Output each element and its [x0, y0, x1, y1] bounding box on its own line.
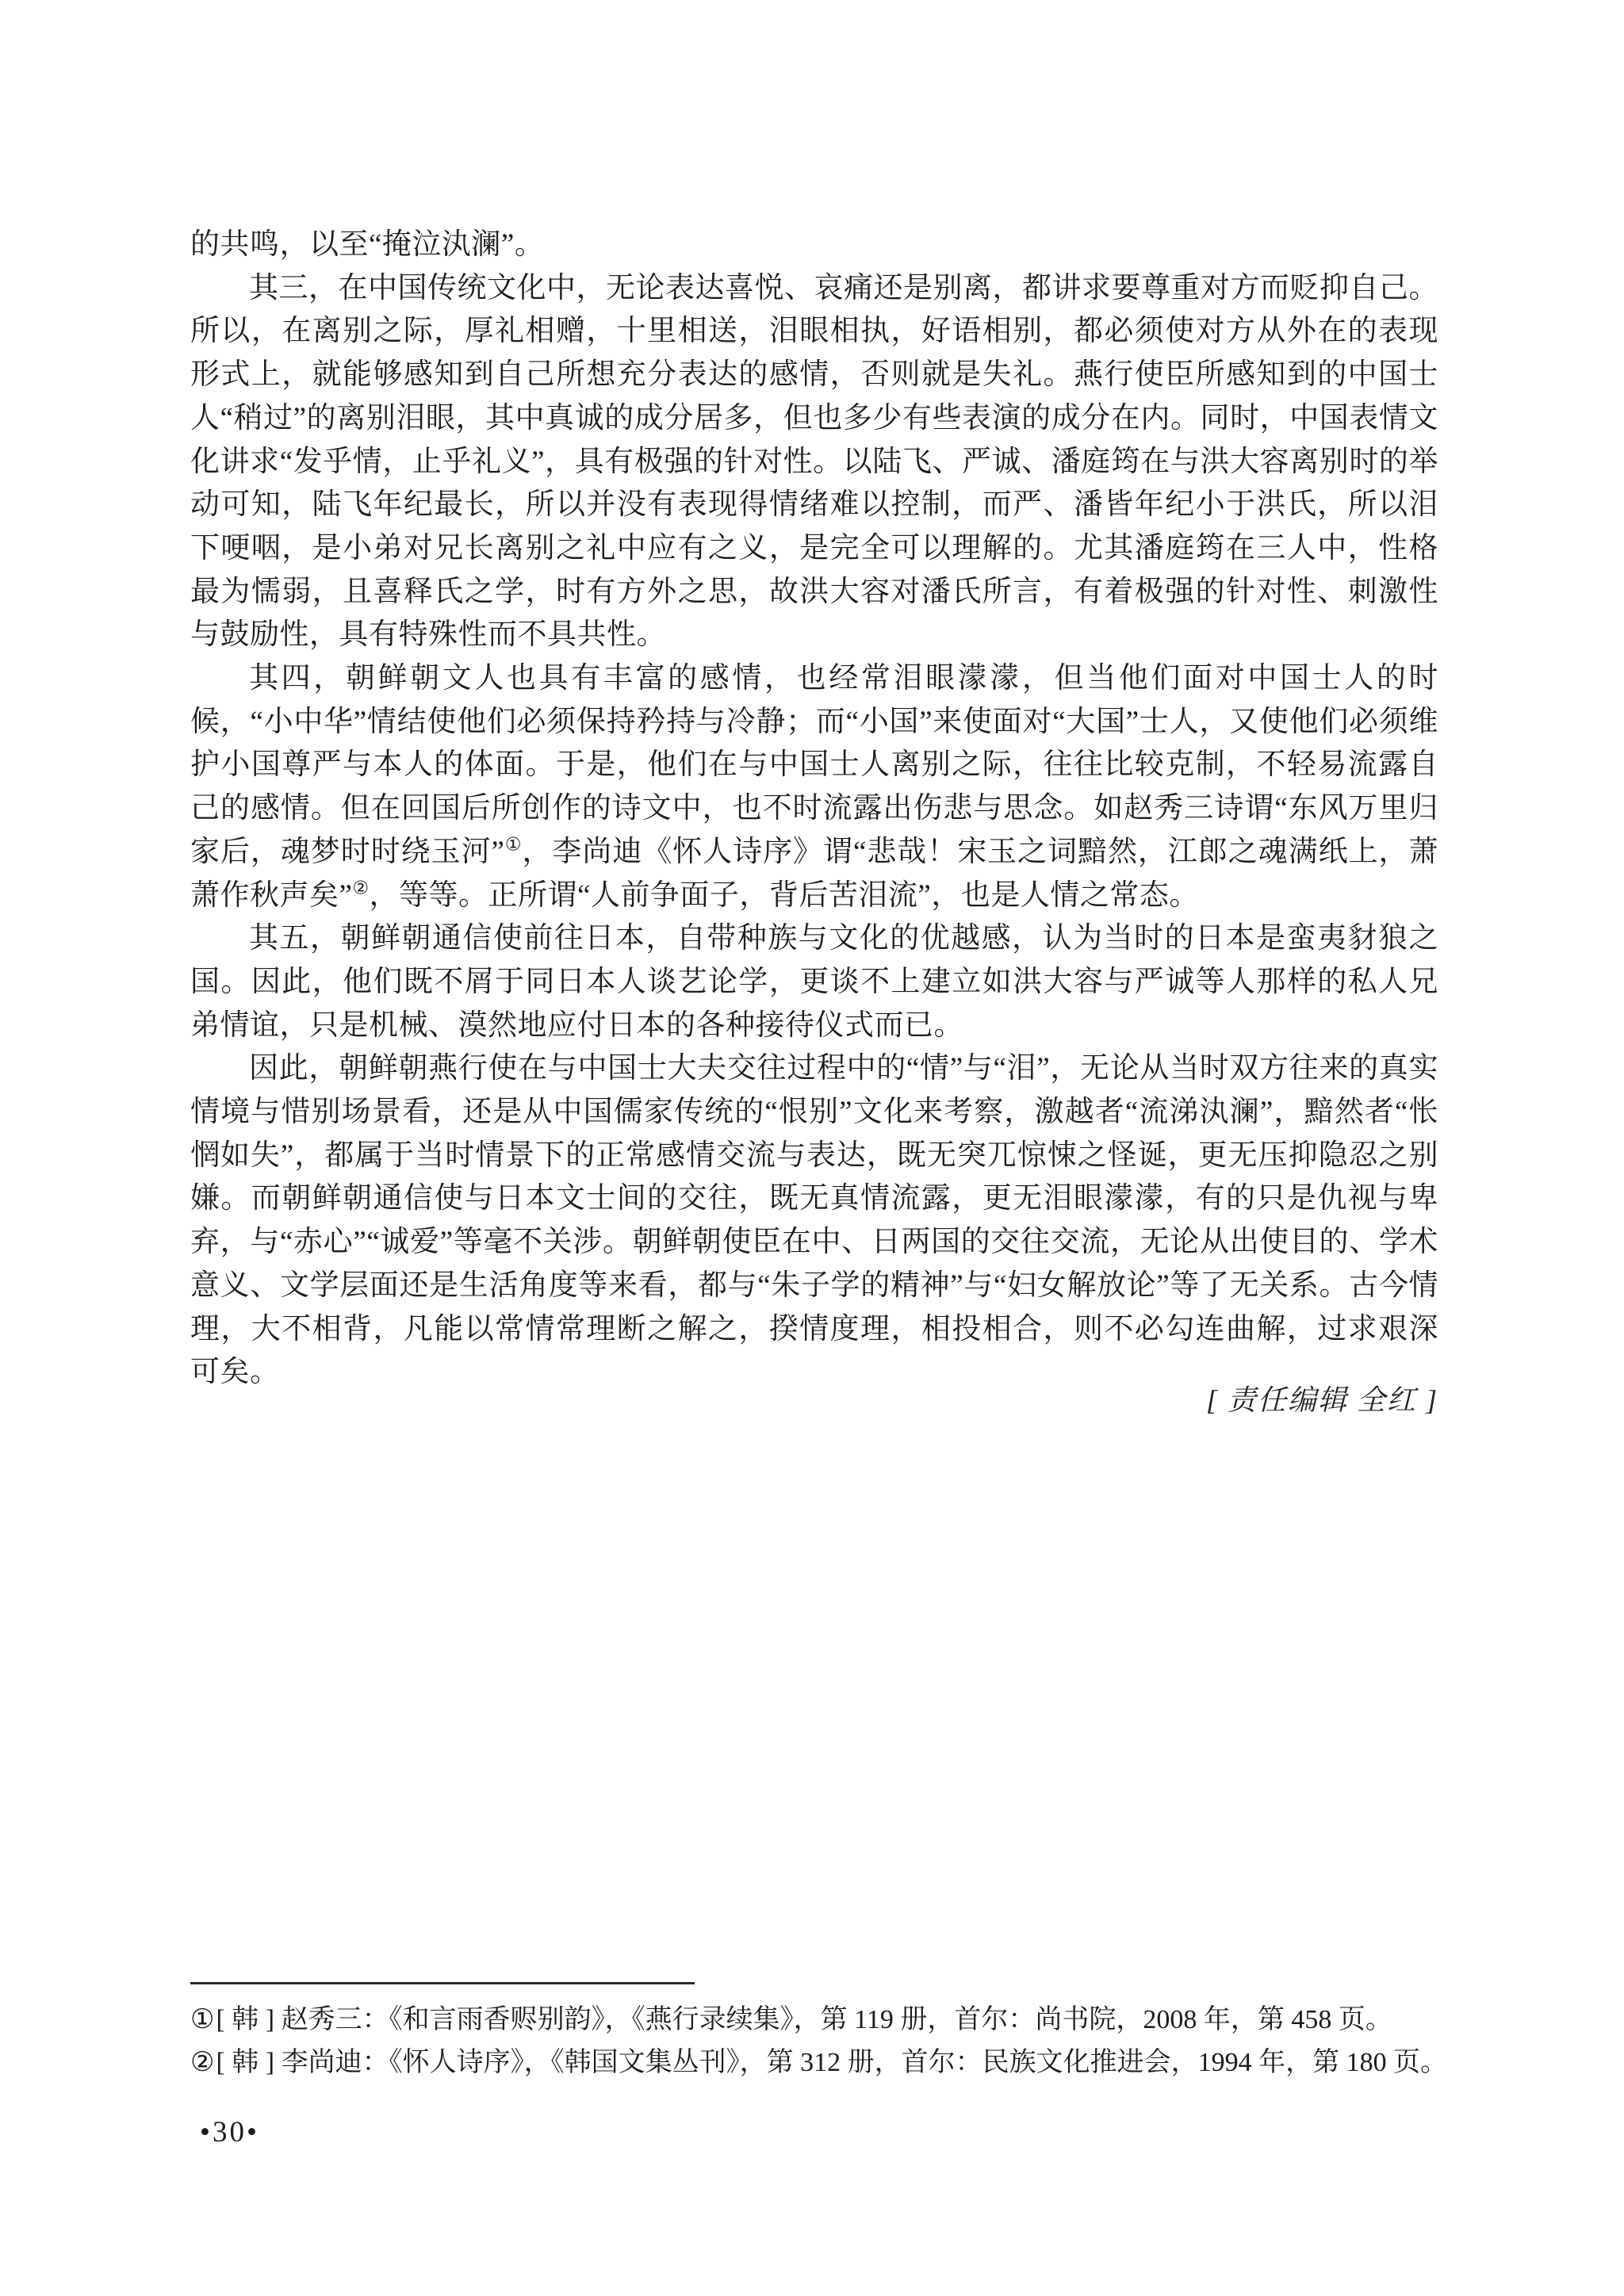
- body-text-column: 的共鸣，以至“掩泣汍澜”。 其三，在中国传统文化中，无论表达喜悦、哀痛还是别离，…: [190, 224, 1438, 1395]
- body-paragraph-continuation: 的共鸣，以至“掩泣汍澜”。: [190, 224, 1438, 267]
- body-paragraph-four: 其四，朝鲜朝文人也具有丰富的感情，也经常泪眼濛濛，但当他们面对中国士人的时候，“…: [190, 657, 1438, 917]
- footnote-text: [ 韩 ] 李尚迪：《怀人诗序》，《韩国文集丛刊》，第 312 册，首尔：民族文…: [216, 2048, 1447, 2077]
- document-page: 的共鸣，以至“掩泣汍澜”。 其三，在中国传统文化中，无论表达喜悦、哀痛还是别离，…: [0, 0, 1624, 2296]
- footnote-item: ②[ 韩 ] 李尚迪：《怀人诗序》，《韩国文集丛刊》，第 312 册，首尔：民族…: [190, 2042, 1522, 2084]
- editor-credit: [ 责任编辑 全红 ]: [190, 1378, 1438, 1418]
- body-paragraph-five: 其五，朝鲜朝通信使前往日本，自带种族与文化的优越感，认为当时的日本是蛮夷豺狼之国…: [190, 917, 1438, 1047]
- page-number: •30•: [200, 2115, 259, 2149]
- footnote-item: ①[ 韩 ] 赵秀三：《和言雨香赆别韵》，《燕行录续集》，第 119 册，首尔：…: [190, 1999, 1522, 2042]
- footnote-marker: ①: [190, 2005, 214, 2034]
- footnote-divider: [190, 1982, 695, 1984]
- footnote-marker: ②: [190, 2048, 214, 2077]
- footnote-section: ①[ 韩 ] 赵秀三：《和言雨香赆别韵》，《燕行录续集》，第 119 册，首尔：…: [190, 1982, 1522, 2084]
- body-paragraph-conclusion: 因此，朝鲜朝燕行使在与中国士大夫交往过程中的“情”与“泪”，无论从当时双方往来的…: [190, 1047, 1438, 1395]
- footnote-text: [ 韩 ] 赵秀三：《和言雨香赆别韵》，《燕行录续集》，第 119 册，首尔：尚…: [216, 2005, 1392, 2034]
- body-paragraph-three: 其三，在中国传统文化中，无论表达喜悦、哀痛还是别离，都讲求要尊重对方而贬抑自己。…: [190, 267, 1438, 657]
